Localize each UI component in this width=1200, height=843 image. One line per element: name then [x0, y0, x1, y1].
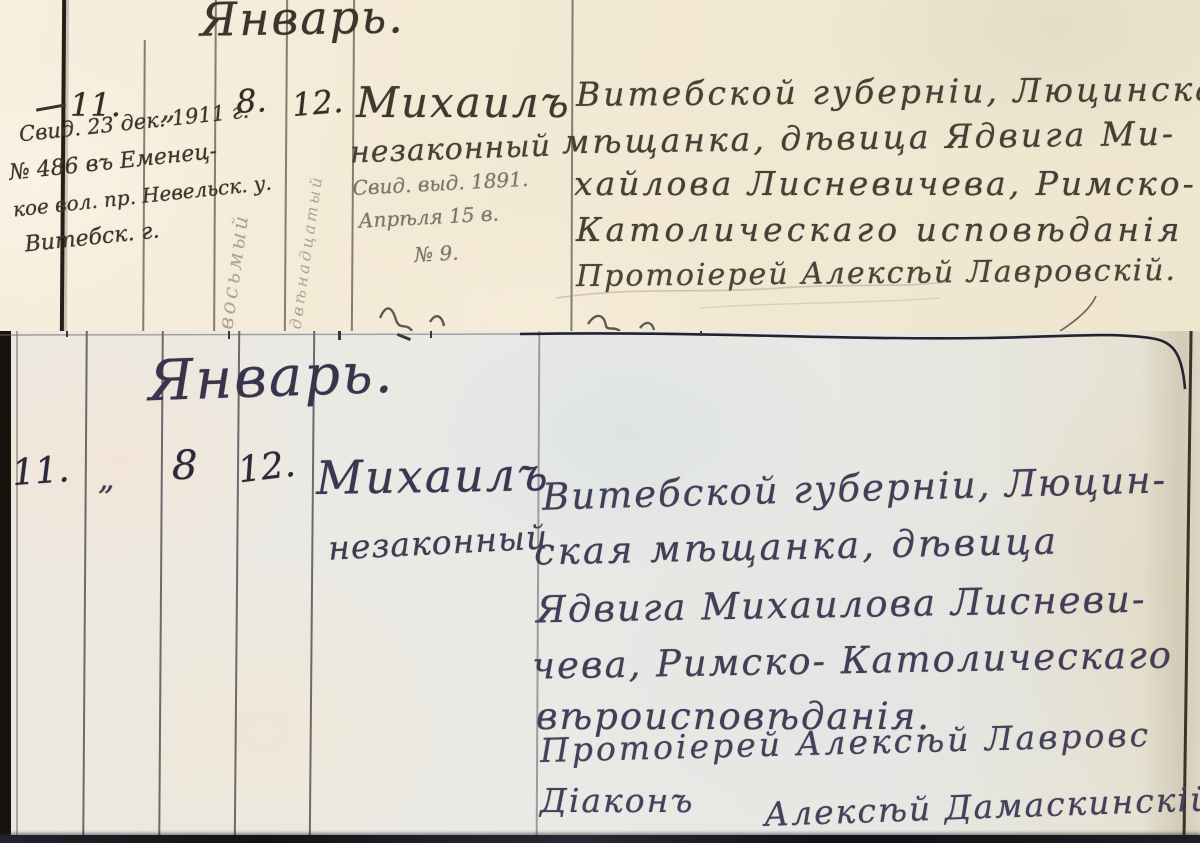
signature-flourish	[1060, 296, 1096, 331]
baptism-day: 12.	[290, 82, 344, 124]
page-edge-left-line	[16, 331, 18, 843]
scanned-register-page: Январь. 11. „ 8. 12. восьмый двѣнадцатый…	[0, 0, 1200, 843]
column-rule	[82, 331, 88, 843]
baptism-day: 12.	[236, 444, 298, 492]
deacon-role: Діаконъ	[540, 781, 694, 820]
month-header: Январь.	[147, 341, 395, 415]
record-text-line: Ядвига Михаилова Лисневи-	[536, 578, 1147, 632]
entry-number: 11.	[11, 449, 71, 494]
baptism-day-word-vertical: двѣнадцатый	[286, 124, 333, 331]
record-text-line: ская мѣщанка, дѣвица	[534, 520, 1060, 574]
column-rule	[213, 0, 217, 331]
record-text-line: мѣщанка, дѣвица Ядвига Ми-	[562, 114, 1177, 162]
child-name: Михаилъ	[356, 78, 571, 127]
record-text-line: Витебской губерніи, Люцинская	[576, 69, 1200, 114]
illegitimate-note: незаконный	[349, 129, 551, 171]
birth-day: 8	[172, 443, 197, 489]
scan-top: Январь. 11. „ 8. 12. восьмый двѣнадцатый…	[0, 0, 1200, 331]
illegitimate-note: незаконный	[327, 517, 549, 567]
scan-bottom-edge-strip	[0, 835, 1200, 843]
priest-signature: Протоіерей Алексѣй Лавровскій.	[576, 253, 1177, 294]
child-name: Михаилъ	[316, 447, 551, 505]
certificate-note-line: № 9.	[414, 241, 460, 267]
next-row-fragment	[380, 308, 654, 331]
month-header: Январь.	[200, 0, 406, 47]
record-text-line: хайлова Лисневичева, Римско-	[574, 164, 1197, 203]
deacon-name: Алексѣй Дамаскинскій	[763, 779, 1200, 834]
column-rule	[284, 0, 288, 331]
record-text-line: чева, Римско- Католическаго	[532, 633, 1174, 687]
ditto-mark: „	[98, 459, 115, 497]
margin-note-line: Витебск. г.	[23, 218, 160, 257]
record-text-line: Католическаго исповѣданія	[576, 210, 1184, 249]
certificate-note-line: Свид. выд. 1891.	[352, 167, 529, 200]
certificate-note-line: Апрѣля 15 в.	[358, 201, 500, 232]
record-text-line: Витебской губерніи, Люцин-	[542, 458, 1168, 518]
scan-bottom: Январь. 11. „ 8 12. Михаилъ незаконный В…	[0, 331, 1200, 843]
page-edge-left	[0, 331, 11, 843]
